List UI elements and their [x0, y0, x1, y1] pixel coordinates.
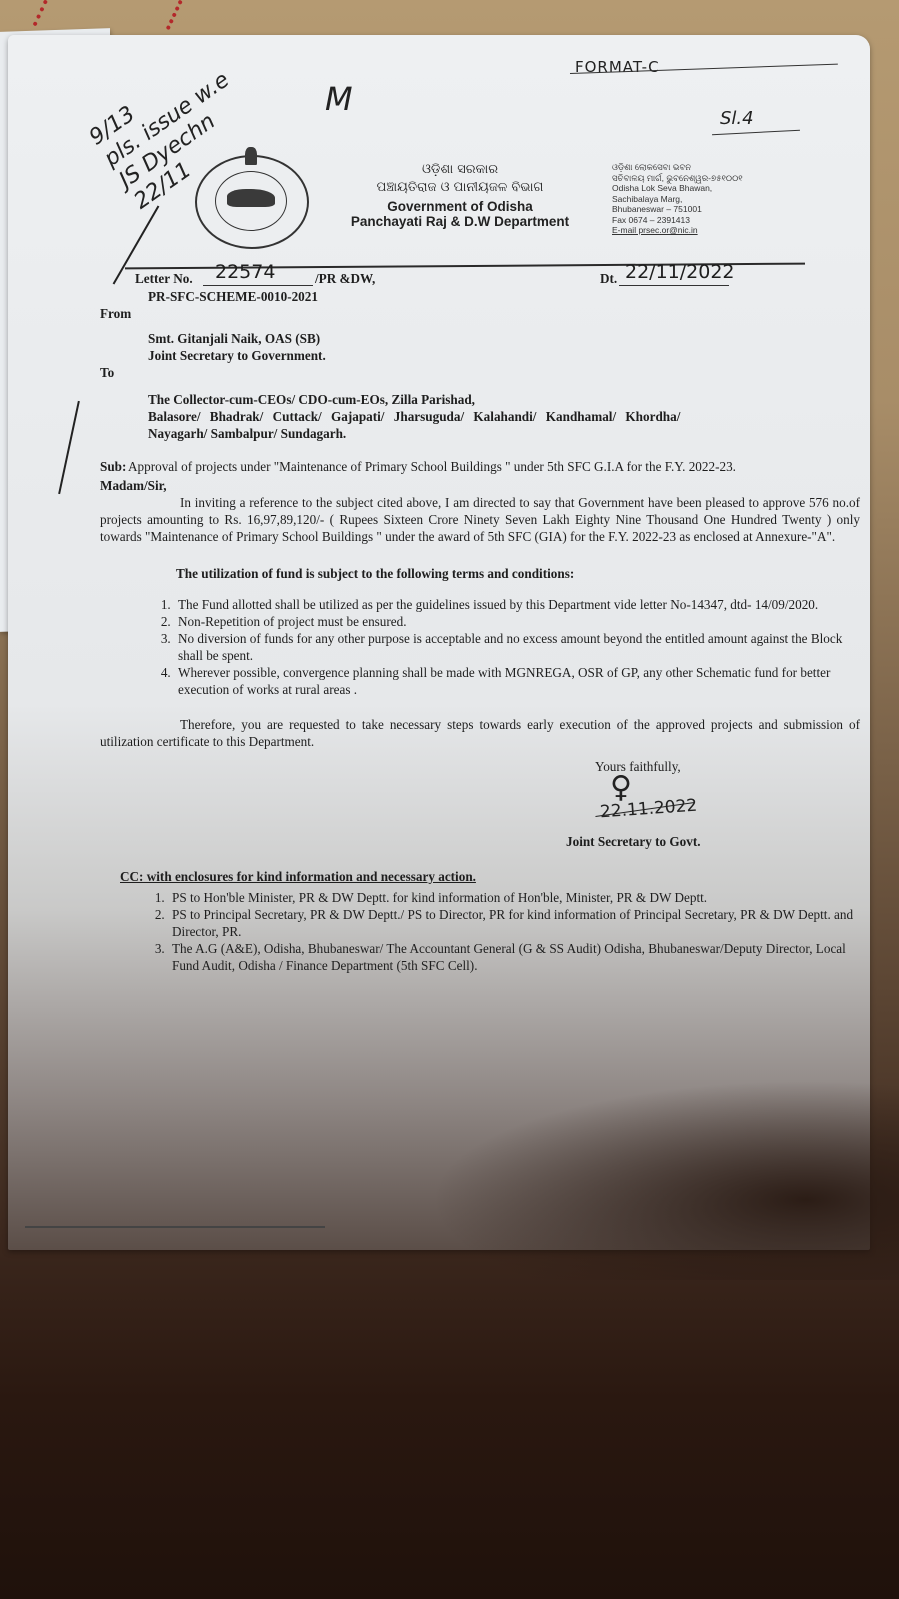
closing-paragraph: Therefore, you are requested to take nec… [100, 716, 860, 750]
binding-string [33, 0, 53, 29]
letterhead-address: ଓଡ଼ିଶା ଲୋକସେବା ଭବନ ସଚିବାଳୟ ମାର୍ଗ, ଭୁବନେଶ… [612, 162, 743, 236]
conditions-heading: The utilization of fund is subject to th… [176, 565, 860, 582]
odia-department: ପଞ୍ଚାୟତିରାଜ ଓ ପାନୀୟଜଳ ବିଭାଗ [325, 180, 595, 195]
letterhead-title: ଓଡ଼ିଶା ସରକାର ପଞ୍ଚାୟତିରାଜ ଓ ପାନୀୟଜଳ ବିଭାଗ… [325, 162, 595, 229]
binding-string [166, 0, 188, 32]
signature-date: 22.11.2022 [600, 798, 698, 822]
valediction: Yours faithfully, [595, 758, 860, 775]
signature-mark: ♀ [610, 779, 632, 796]
subject-text: Approval of projects under "Maintenance … [124, 458, 860, 475]
fax-line: Fax 0674 – 2391413 [612, 215, 743, 226]
signatory-designation: Joint Secretary to Govt. [566, 833, 860, 850]
gov-name: Government of Odisha [325, 199, 595, 214]
conditions-list: The Fund allotted shall be utilized as p… [100, 596, 860, 698]
address-odia: ଓଡ଼ିଶା ଲୋକସେବା ଭବନ [612, 162, 743, 173]
recipient-districts: Balasore/ Bhadrak/ Cuttack/ Gajapati/ Jh… [148, 408, 860, 425]
email-line: E-mail prsec.or@nic.in [612, 225, 743, 236]
cc-item: PS to Principal Secretary, PR & DW Deptt… [168, 906, 860, 940]
signature-area: ♀ 22.11.2022 [100, 775, 860, 833]
cc-heading: CC: with enclosures for kind information… [120, 868, 860, 885]
shadow [430, 1080, 899, 1280]
condition-item: No diversion of funds for any other purp… [174, 630, 860, 664]
date-label: Dt. [600, 270, 617, 287]
footer-rule [25, 1226, 325, 1228]
odisha-emblem-icon [195, 155, 309, 249]
address-line: Bhubaneswar – 751001 [612, 204, 743, 215]
letter-date: 22/11/2022 [625, 264, 735, 281]
subject-line: Sub: Approval of projects under "Mainten… [100, 458, 860, 475]
recipient-line: The Collector-cum-CEOs/ CDO-cum-EOs, Zil… [148, 391, 860, 408]
salutation: Madam/Sir, [100, 477, 860, 494]
odia-gov-name: ଓଡ଼ିଶା ସରକାର [325, 162, 595, 177]
letter-body: Letter No. 22574 /PR &DW, Dt. 22/11/2022… [100, 270, 860, 974]
letter-number: 22574 [215, 264, 275, 281]
serial-label: Sl.4 [720, 108, 754, 129]
cc-item: PS to Hon'ble Minister, PR & DW Deptt. f… [168, 889, 860, 906]
address-line: Odisha Lok Seva Bhawan, [612, 183, 743, 194]
condition-item: Non-Repetition of project must be ensure… [174, 613, 860, 630]
recipient-districts: Nayagarh/ Sambalpur/ Sundagarh. [148, 425, 860, 442]
handwritten-initial: M [325, 80, 353, 118]
sender-name: Smt. Gitanjali Naik, OAS (SB) [148, 330, 860, 347]
sender-designation: Joint Secretary to Government. [148, 347, 860, 364]
condition-item: Wherever possible, convergence planning … [174, 664, 860, 698]
letter-suffix: /PR &DW, [315, 270, 375, 287]
address-line: Sachibalaya Marg, [612, 194, 743, 205]
body-paragraph: In inviting a reference to the subject c… [100, 494, 860, 545]
department-name: Panchayati Raj & D.W Department [325, 214, 595, 229]
to-label: To [100, 364, 860, 381]
cc-list: PS to Hon'ble Minister, PR & DW Deptt. f… [100, 889, 860, 974]
condition-item: The Fund allotted shall be utilized as p… [174, 596, 860, 613]
subject-label: Sub: [100, 458, 124, 475]
address-odia: ସଚିବାଳୟ ମାର୍ଗ, ଭୁବନେଶ୍ୱର-୭୫୧୦୦୧ [612, 173, 743, 184]
from-label: From [100, 305, 860, 322]
cc-item: The A.G (A&E), Odisha, Bhubaneswar/ The … [168, 940, 860, 974]
letter-no-label: Letter No. [135, 271, 193, 286]
letter-reference: Letter No. 22574 /PR &DW, Dt. 22/11/2022 [135, 270, 860, 292]
